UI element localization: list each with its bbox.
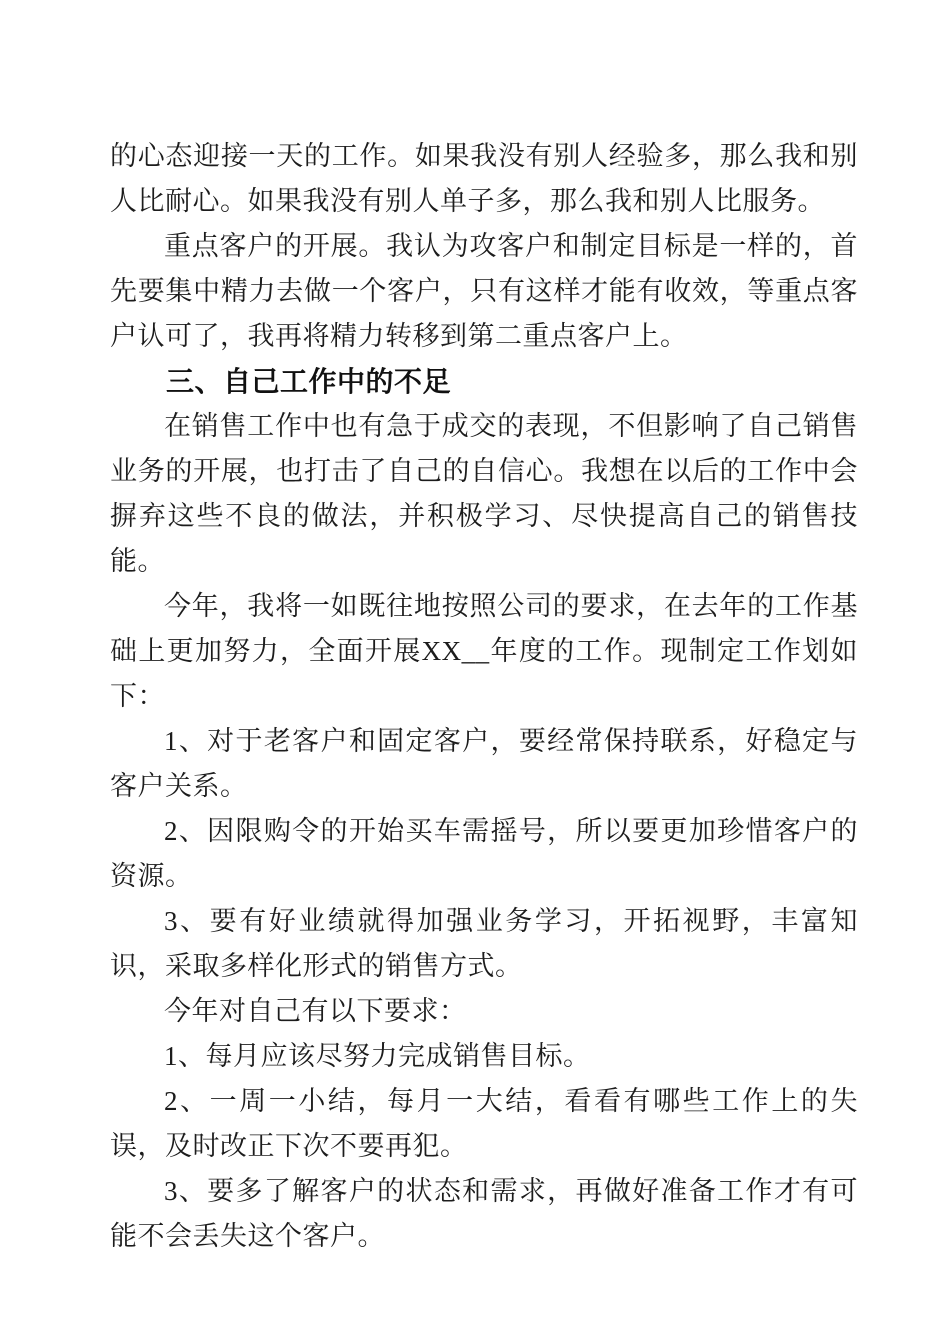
requirement-list-item-1: 1、每月应该尽努力完成销售目标。 [110, 1034, 858, 1079]
requirement-list-item-2: 2、一周一小结，每月一大结，看看有哪些工作上的失误，及时改正下次不要再犯。 [110, 1079, 858, 1169]
document-page: 的心态迎接一天的工作。如果我没有别人经验多，那么我和别人比耐心。如果我没有别人单… [0, 0, 950, 1344]
paragraph-continuation: 的心态迎接一天的工作。如果我没有别人经验多，那么我和别人比耐心。如果我没有别人单… [110, 134, 858, 224]
document-body: 的心态迎接一天的工作。如果我没有别人经验多，那么我和别人比耐心。如果我没有别人单… [110, 134, 858, 1259]
paragraph-shortcomings: 在销售工作中也有急于成交的表现，不但影响了自己销售业务的开展，也打击了自己的自信… [110, 404, 858, 584]
paragraph-plan-intro: 今年，我将一如既往地按照公司的要求，在去年的工作基础上更加努力，全面开展XX__… [110, 584, 858, 719]
paragraph-key-customers: 重点客户的开展。我认为攻客户和制定目标是一样的，首先要集中精力去做一个客户，只有… [110, 224, 858, 359]
plan-list-item-3: 3、要有好业绩就得加强业务学习，开拓视野，丰富知识，采取多样化形式的销售方式。 [110, 899, 858, 989]
plan-list-item-2: 2、因限购令的开始买车需摇号，所以要更加珍惜客户的资源。 [110, 809, 858, 899]
requirement-list-item-3: 3、要多了解客户的状态和需求，再做好准备工作才有可能不会丢失这个客户。 [110, 1169, 858, 1259]
paragraph-requirements-intro: 今年对自己有以下要求： [110, 989, 858, 1034]
section-heading-shortcomings: 三、自己工作中的不足 [110, 359, 858, 404]
plan-list-item-1: 1、对于老客户和固定客户，要经常保持联系，好稳定与客户关系。 [110, 719, 858, 809]
